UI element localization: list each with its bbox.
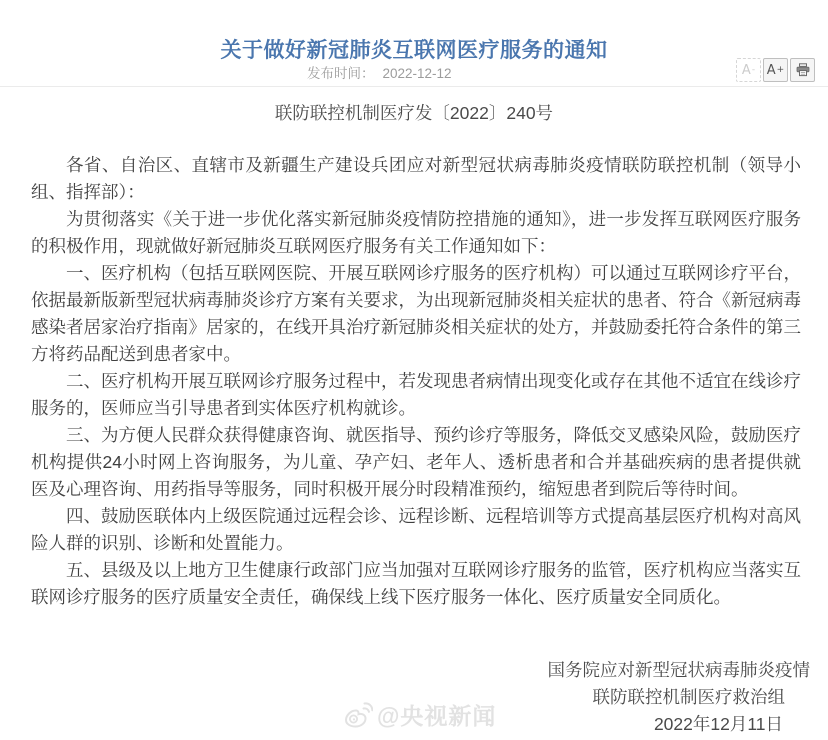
notice-page: 关于做好新冠肺炎互联网医疗服务的通知 发布时间：2022-12-12 A- A+… <box>0 0 828 740</box>
signature-date: 2022年12月11日 <box>490 711 810 738</box>
publish-time-label: 发布时间： <box>307 66 375 81</box>
weibo-icon <box>343 701 373 729</box>
font-increase-button[interactable]: A+ <box>763 58 788 82</box>
body-paragraph: 一、医疗机构（包括互联网医院、开展互联网诊疗服务的医疗机构）可以通过互联网诊疗平… <box>31 260 801 368</box>
body-paragraph: 三、为方便人民群众获得健康咨询、就医指导、预约诊疗等服务，降低交叉感染风险，鼓励… <box>31 422 801 503</box>
watermark-text: @央视新闻 <box>377 698 496 731</box>
watermark: @央视新闻 <box>343 698 496 731</box>
publish-time: 发布时间：2022-12-12 <box>307 62 452 82</box>
font-decrease-sign: - <box>752 66 755 75</box>
body-paragraph: 四、鼓励医联体内上级医院通过远程会诊、远程诊断、远程培训等方式提高基层医疗机构对… <box>31 503 801 557</box>
font-decrease-button[interactable]: A- <box>736 58 761 82</box>
font-decrease-letter: A <box>742 64 751 77</box>
header-divider <box>0 86 828 87</box>
font-print-toolbar: A- A+ <box>736 58 815 82</box>
document-number: 联防联控机制医疗发〔2022〕240号 <box>0 100 828 125</box>
body-paragraph: 为贯彻落实《关于进一步优化落实新冠肺炎疫情防控措施的通知》，进一步发挥互联网医疗… <box>31 206 801 260</box>
publish-date: 2022-12-12 <box>383 66 452 81</box>
body-paragraph: 二、医疗机构开展互联网诊疗服务过程中，若发现患者病情出现变化或存在其他不适宜在线… <box>31 368 801 422</box>
font-increase-letter: A <box>767 64 776 77</box>
notice-body: 各省、自治区、直辖市及新疆生产建设兵团应对新型冠状病毒肺炎疫情联防联控机制（领导… <box>31 152 801 611</box>
page-title: 关于做好新冠肺炎互联网医疗服务的通知 <box>0 34 828 64</box>
signature-block: 国务院应对新型冠状病毒肺炎疫情 联防联控机制医疗救治组 2022年12月11日 <box>490 657 810 738</box>
body-paragraph: 五、县级及以上地方卫生健康行政部门应当加强对互联网诊疗服务的监管，医疗机构应当落… <box>31 557 801 611</box>
font-increase-sign: + <box>777 66 785 75</box>
signature-org-line1: 国务院应对新型冠状病毒肺炎疫情 <box>490 657 810 684</box>
body-paragraph: 各省、自治区、直辖市及新疆生产建设兵团应对新型冠状病毒肺炎疫情联防联控机制（领导… <box>31 152 801 206</box>
print-icon <box>796 63 810 77</box>
signature-org-line2: 联防联控机制医疗救治组 <box>490 684 810 711</box>
print-button[interactable] <box>790 58 815 82</box>
